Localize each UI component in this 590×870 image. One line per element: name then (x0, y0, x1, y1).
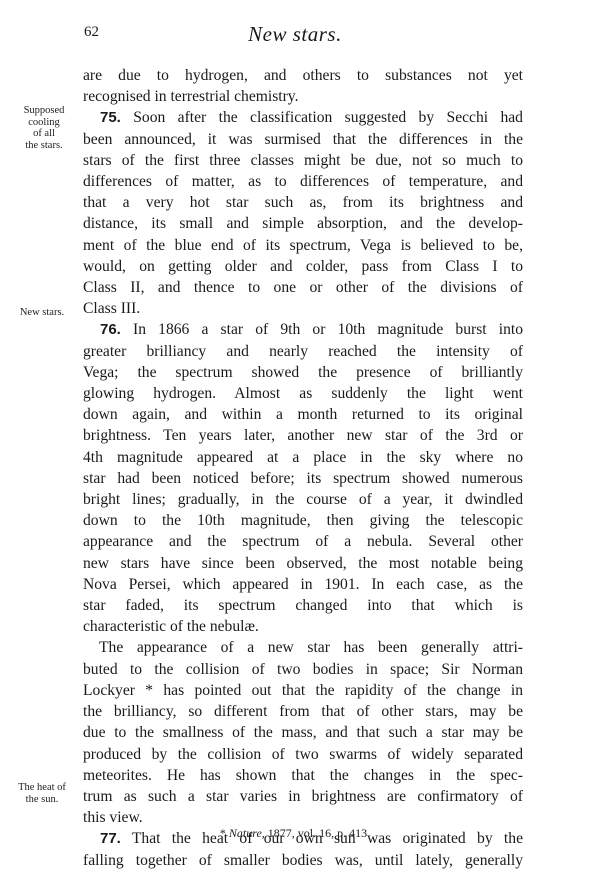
text-line: The appearance of a new star has been ge… (83, 637, 523, 658)
footnote-citation: 1877, vol. 16, p. 413. (268, 826, 370, 840)
text-line: down again, and within a month returned … (83, 404, 523, 425)
text-line: star had been noticed before; its spectr… (83, 468, 523, 489)
margin-note-heat-of-sun: The heat of the sun. (6, 782, 78, 805)
text-line: trum as such a star varies in brightness… (83, 786, 523, 807)
footnote: * Nature, 1877, vol. 16, p. 413. (0, 826, 590, 841)
text-line: 4th magnitude appeared at a place in the… (83, 447, 523, 468)
text-line: In 1866 a star of 9th or 10th magnitude … (133, 321, 523, 338)
text-line: would, on getting older and colder, pass… (83, 256, 523, 277)
footnote-source: Nature, (229, 826, 265, 840)
margin-note-line: of all (8, 128, 80, 140)
text-line: distance, its small and simple absorptio… (83, 213, 523, 234)
text-line: Class III. (83, 298, 523, 319)
text-line: due to the smallness of the mass, and th… (83, 722, 523, 743)
text-line: appearance and the spectrum of a nebula.… (83, 531, 523, 552)
paragraph-76-start: 76. In 1866 a star of 9th or 10th magnit… (83, 319, 523, 340)
text-line: glowing hydrogen. Almost as suddenly the… (83, 383, 523, 404)
margin-note-new-stars: New stars. (6, 307, 78, 319)
running-title: New stars. (0, 22, 590, 47)
text-line: meteorites. He has shown that the change… (83, 765, 523, 786)
margin-note-cooling: Supposed cooling of all the stars. (8, 105, 80, 151)
text-line: are due to hydrogen, and others to subst… (83, 65, 523, 86)
text-line: produced by the collision of two swarms … (83, 744, 523, 765)
text-line: brightness. Ten years later, another new… (83, 425, 523, 446)
text-line: ment of the blue end of its spectrum, Ve… (83, 235, 523, 256)
text-line: bright lines; gradually, in the course o… (83, 489, 523, 510)
text-line: Vega; the spectrum showed the presence o… (83, 362, 523, 383)
text-line: Soon after the classification suggested … (133, 109, 523, 126)
text-line: buted to the collision of two bodies in … (83, 659, 523, 680)
paragraph-number: 75. (100, 109, 121, 126)
text-line: Lockyer * has pointed out that the rapid… (83, 680, 523, 701)
margin-note-line: the sun. (6, 794, 78, 806)
text-line: differences of matter, as to differences… (83, 171, 523, 192)
text-line: new stars have since been observed, the … (83, 553, 523, 574)
text-line: Class II, and thence to one or other of … (83, 277, 523, 298)
text-line: falling together of smaller bodies was, … (83, 850, 523, 870)
text-line: star faded, its spectrum changed into th… (83, 595, 523, 616)
text-line: down to the 10th magnitude, then giving … (83, 510, 523, 531)
margin-note-line: Supposed (8, 105, 80, 117)
paragraph-75-start: 75. Soon after the classification sugges… (83, 107, 523, 128)
margin-note-line: cooling (8, 117, 80, 129)
margin-note-line: New stars. (6, 307, 78, 319)
margin-note-line: The heat of (6, 782, 78, 794)
paragraph-number: 76. (100, 321, 121, 338)
text-line: greater brilliancy and nearly reached th… (83, 341, 523, 362)
text-line: characteristic of the nebulæ. (83, 616, 523, 637)
text-line: that a very hot star such as, from its b… (83, 192, 523, 213)
text-line: Nova Persei, which appeared in 1901. In … (83, 574, 523, 595)
margin-note-line: the stars. (8, 140, 80, 152)
text-line: been announced, it was surmised that the… (83, 129, 523, 150)
body-text: are due to hydrogen, and others to subst… (83, 65, 523, 870)
text-line: stars of the first three classes might b… (83, 150, 523, 171)
footnote-marker: * (220, 826, 226, 840)
text-line: recognised in terrestrial chemistry. (83, 86, 523, 107)
text-line: the brilliancy, so different from that o… (83, 701, 523, 722)
